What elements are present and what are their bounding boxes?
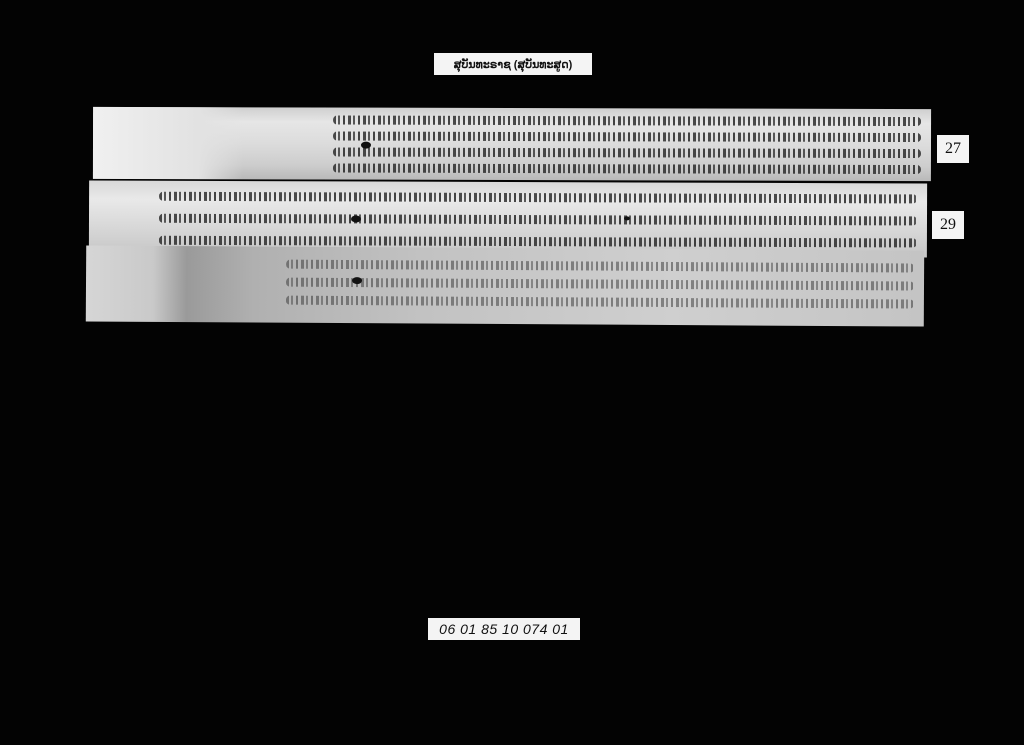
string-hole xyxy=(351,215,361,222)
palm-leaf-folio-faded xyxy=(86,245,924,326)
string-hole xyxy=(361,142,371,149)
manuscript-title-label: ສຸບັນທະຣາຊ (ສຸບັນທະສູດ) xyxy=(434,53,592,75)
string-hole xyxy=(352,277,362,284)
string-hole xyxy=(624,216,630,220)
folio-number-label: 27 xyxy=(937,135,969,163)
leaf-blank-margin xyxy=(93,107,243,179)
palm-leaf-folio-27 xyxy=(93,107,931,181)
folio-number-label: 29 xyxy=(932,211,964,239)
archive-identifier-label: 06 01 85 10 074 01 xyxy=(428,618,580,640)
leaf-script-lines xyxy=(286,255,914,313)
leaf-script-lines xyxy=(159,185,917,254)
